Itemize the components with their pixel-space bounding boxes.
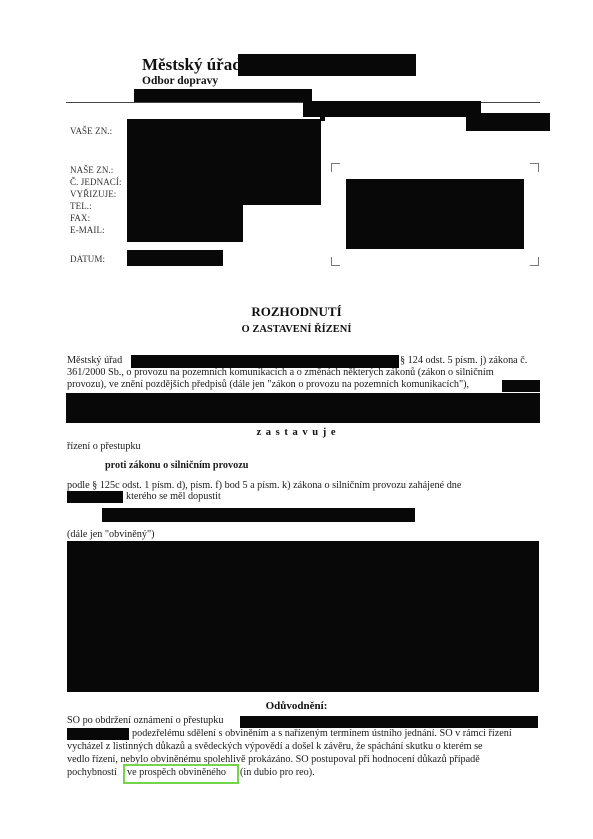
reasoning-line-3: vycházel z listinných důkazů a svědeckýc… (67, 741, 483, 753)
label-fax: FAX: (70, 213, 90, 223)
verdict-line-2: proti zákonu o silničním provozu (105, 460, 248, 472)
redaction-contact-details-lower (127, 200, 243, 242)
reasoning-line-5-end: (in dubio pro reo). (240, 767, 315, 779)
department-title: Odbor dopravy (142, 75, 218, 87)
redaction-reasoning-1 (240, 716, 538, 728)
verdict-line-4: kterého se měl dopustit (126, 491, 221, 503)
redaction-office-name (238, 54, 416, 76)
redaction-reasoning-2 (67, 728, 129, 740)
redaction-recipient-1 (303, 101, 481, 117)
verdict-line-5: (dále jen "obviněný") (67, 529, 155, 541)
verdict-line-1: řízení o přestupku (67, 441, 141, 453)
office-title: Městský úřad (142, 55, 242, 75)
reasoning-heading: Odůvodnění: (0, 700, 593, 712)
redaction-recipient-address (346, 179, 524, 249)
intro-line-1-start: Městský úřad (67, 355, 122, 367)
label-nase-zn: NAŠE ZN.: (70, 165, 113, 175)
redaction-intro-block (66, 393, 540, 423)
verdict-keyword: z a s t a v u j e (0, 427, 593, 438)
reasoning-highlighted-phrase: ve prospěch obviněného (127, 767, 226, 779)
address-corner-br (530, 257, 539, 266)
reasoning-line-5-start: pochybností (67, 767, 117, 779)
redaction-intro-tail (502, 380, 540, 392)
address-corner-tr (530, 163, 539, 172)
label-datum: DATUM: (70, 254, 105, 264)
redaction-start-date (67, 491, 123, 503)
redaction-accused-name (102, 508, 415, 522)
label-email: E-MAIL: (70, 225, 105, 235)
address-corner-tl (331, 163, 340, 172)
redaction-contact-details (127, 150, 321, 205)
intro-line-3: provozu), ve znění pozdějších předpisů (… (67, 379, 469, 391)
label-vase-zn: VAŠE ZN.: (70, 126, 112, 136)
redaction-date (127, 250, 223, 266)
reasoning-line-1: SO po obdržení oznámení o přestupku (67, 715, 223, 727)
redaction-department-address (134, 89, 312, 103)
address-corner-bl (331, 257, 340, 266)
intro-line-2: 361/2000 Sb., o provozu na pozemních kom… (67, 367, 494, 379)
redaction-offense-description (67, 541, 539, 692)
redaction-recipient-3 (320, 101, 325, 121)
label-vyrizuje: VYŘIZUJE: (70, 189, 116, 199)
decision-subtitle: O ZASTAVENÍ ŘÍZENÍ (0, 324, 593, 335)
intro-line-1-end: § 124 odst. 5 písm. j) zákona č. (400, 355, 527, 367)
decision-title: ROZHODNUTÍ (0, 304, 593, 320)
label-c-jednaci: Č. JEDNACÍ: (70, 177, 122, 187)
reasoning-line-2: podezřelému sdělení s obviněním a s naří… (132, 728, 512, 740)
label-tel: TEL.: (70, 201, 92, 211)
redaction-recipient-2 (466, 113, 550, 131)
